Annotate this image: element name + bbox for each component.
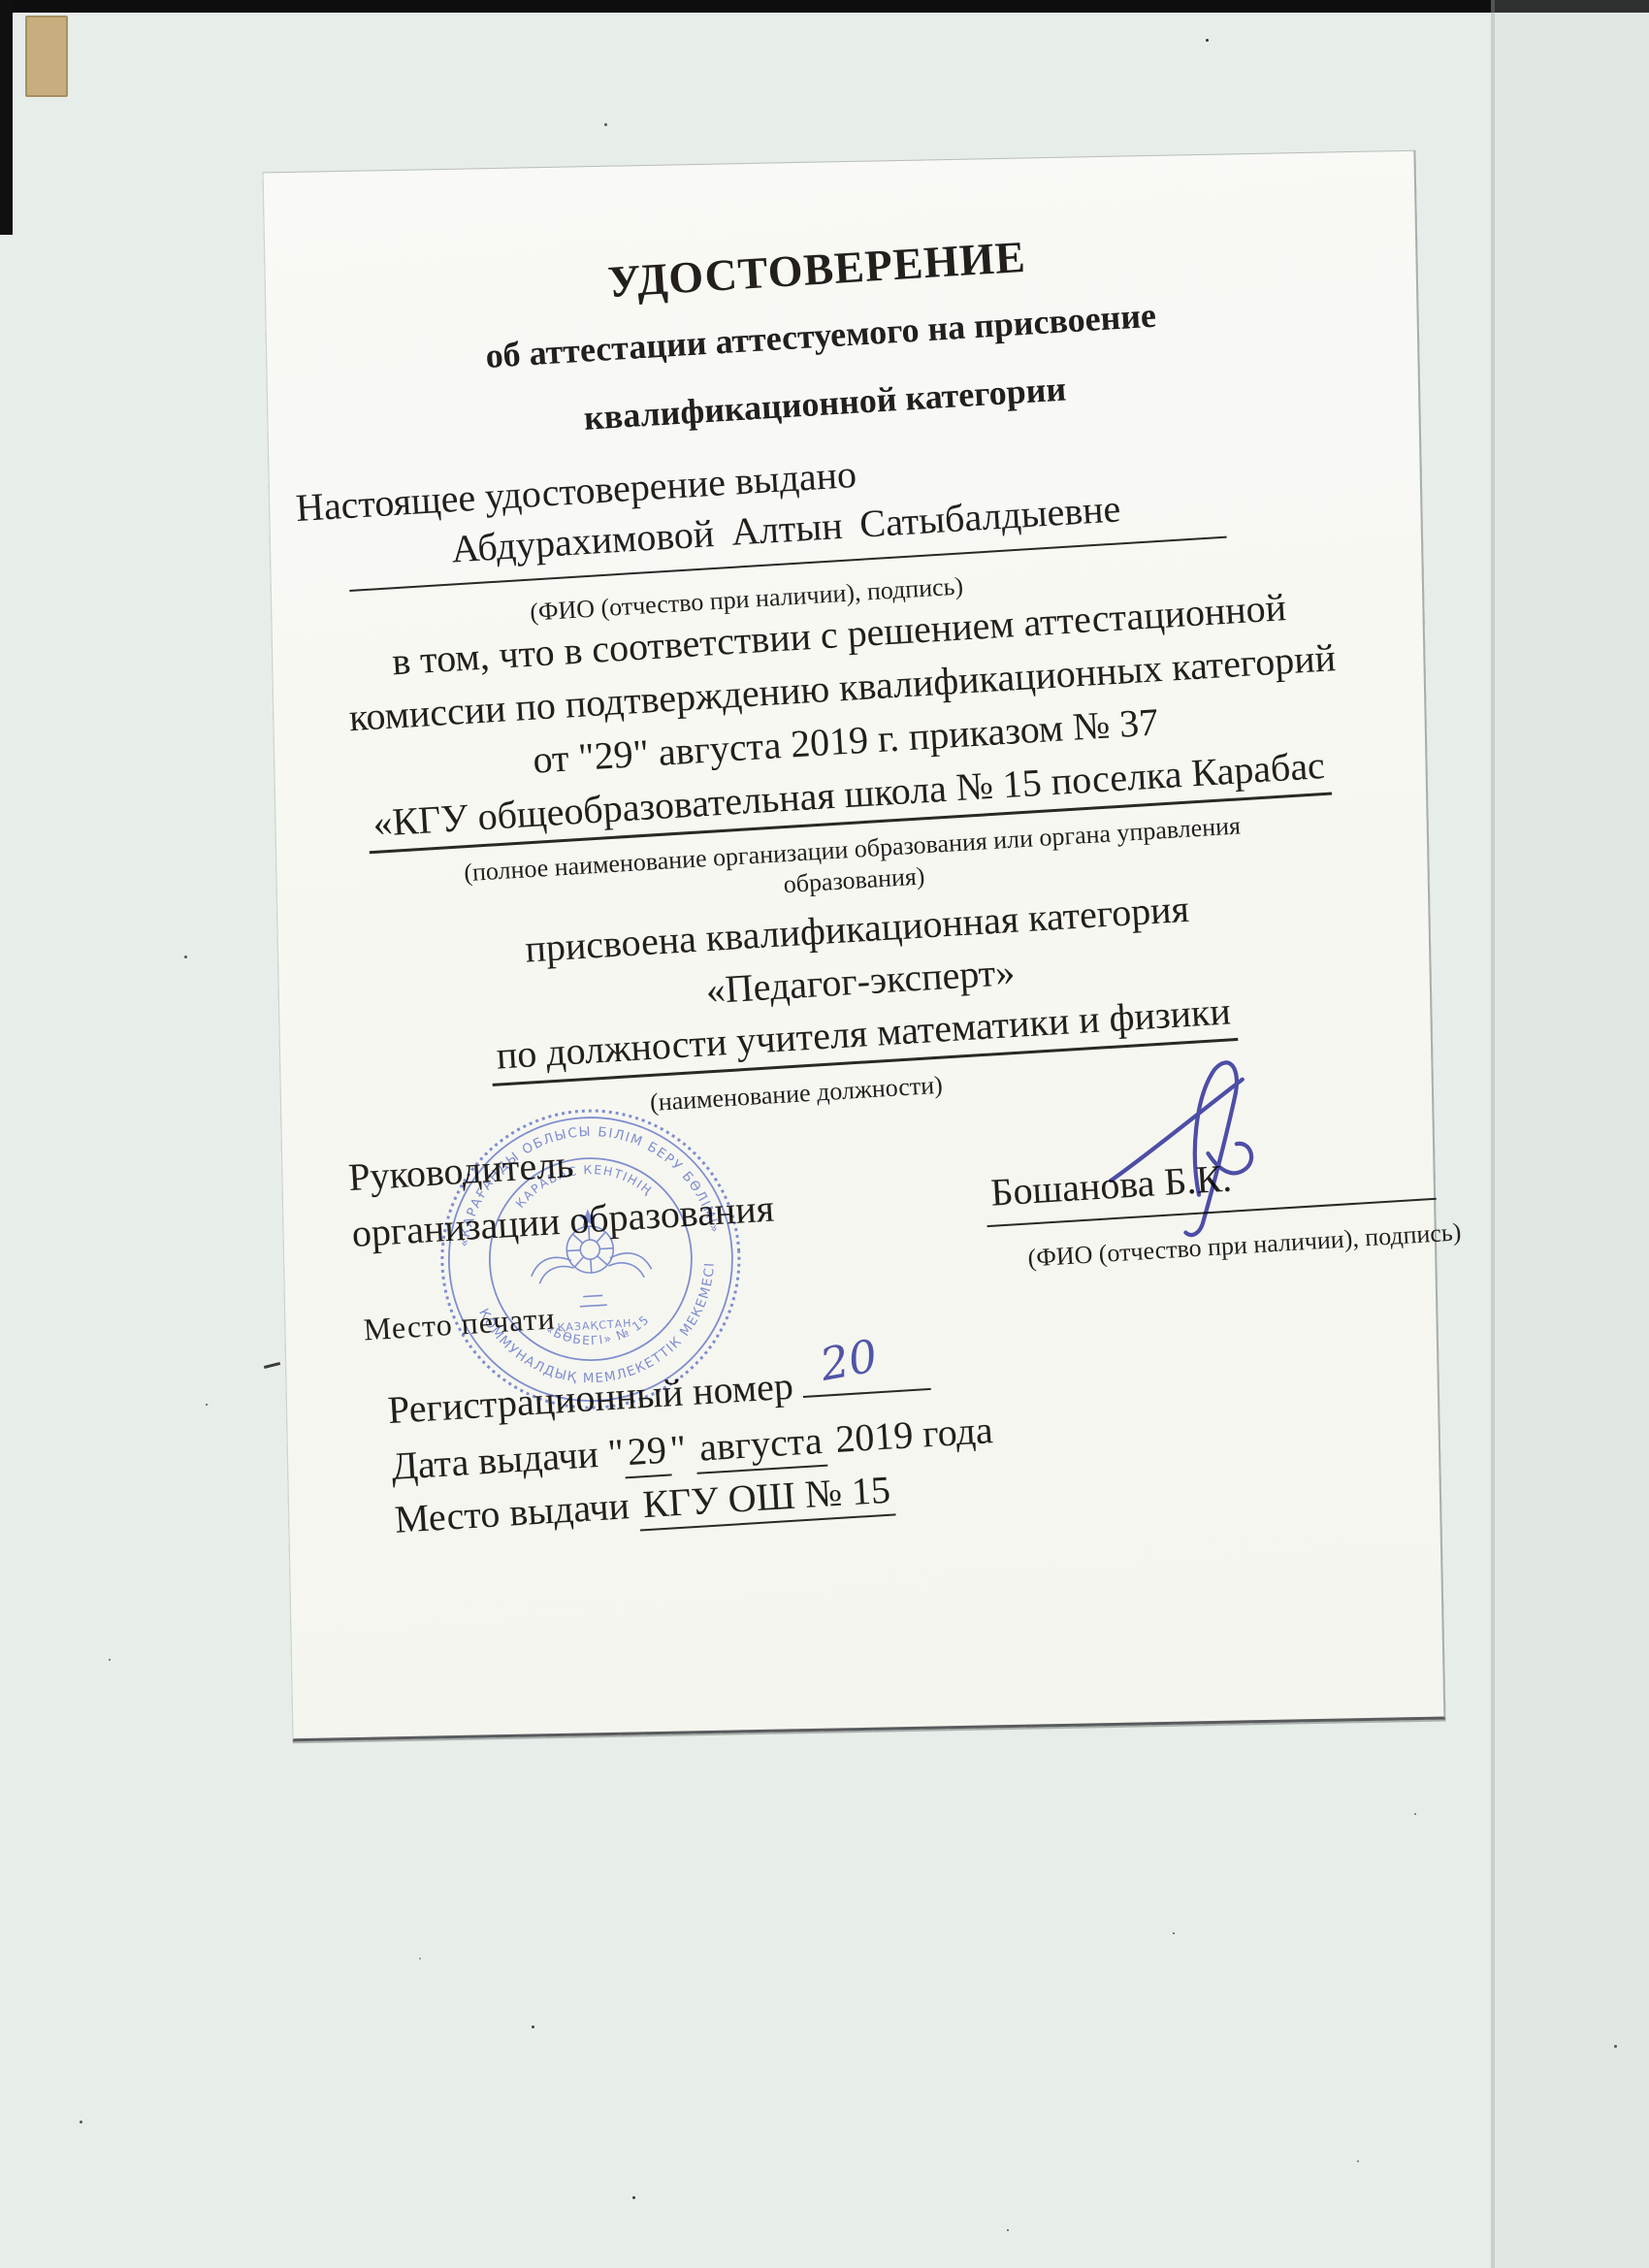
dust-speck xyxy=(1357,2160,1359,2162)
dust-speck xyxy=(604,123,607,126)
kazakhstan-emblem xyxy=(528,1205,654,1309)
signature xyxy=(1096,1053,1286,1247)
dust-speck xyxy=(1007,2229,1009,2231)
dust-speck xyxy=(532,2025,534,2028)
dust-speck xyxy=(1173,1932,1175,1934)
dust-speck xyxy=(80,2121,82,2123)
issue-date-day: 29 xyxy=(623,1427,672,1478)
dust-speck xyxy=(184,956,187,958)
scanner-edge-strip-top xyxy=(0,0,1649,13)
issue-place-value: КГУ ОШ № 15 xyxy=(637,1467,895,1531)
issue-date-month: августа xyxy=(695,1418,827,1474)
registration-number-blank: 20 xyxy=(803,1378,931,1398)
stamp-outer-top-text: «ҚАРАҒАНДЫ ОБЛЫСЫ БІЛІМ БЕРУ БӨЛІМІ» xyxy=(449,1117,723,1251)
scanner-edge-strip-left xyxy=(0,0,13,235)
paper-sheet: УДОСТОВЕРЕНИЕ об аттестации аттестуемого… xyxy=(263,150,1446,1742)
scanned-certificate-page: { "document": { "title": "УДОСТОВЕРЕНИЕ"… xyxy=(0,0,1649,2268)
issue-date-label: Дата выдачи xyxy=(390,1432,599,1488)
scan-corner-artifact xyxy=(25,16,68,97)
dust-speck xyxy=(206,1404,208,1406)
pen-dash-artifact xyxy=(264,1362,280,1369)
stamp-inner-top-text: КАРАБАС КЕНТІНІҢ xyxy=(510,1158,656,1212)
dust-speck xyxy=(1414,1813,1416,1815)
dust-speck xyxy=(1206,39,1209,42)
dust-speck xyxy=(1614,2045,1617,2048)
scanner-right-shading xyxy=(1495,0,1649,2268)
dust-speck xyxy=(632,2196,635,2199)
issue-date-year: 2019 года xyxy=(834,1408,994,1461)
dust-speck xyxy=(419,1958,421,1960)
dust-speck xyxy=(109,1659,111,1661)
svg-text:«ҚАРАҒАНДЫ ОБЛЫСЫ БІЛІМ БЕРУ Б: «ҚАРАҒАНДЫ ОБЛЫСЫ БІЛІМ БЕРУ БӨЛІМІ» xyxy=(449,1117,723,1251)
svg-text:КАРАБАС КЕНТІНІҢ: КАРАБАС КЕНТІНІҢ xyxy=(510,1158,656,1212)
certificate-content: УДОСТОВЕРЕНИЕ об аттестации аттестуемого… xyxy=(228,128,1471,1761)
quote-close: " xyxy=(668,1427,687,1472)
issue-place-label: Место выдачи xyxy=(394,1483,631,1541)
registration-number-handwritten: 20 xyxy=(817,1330,882,1391)
official-seal-stamp: «ҚАРАҒАНДЫ ОБЛЫСЫ БІЛІМ БЕРУ БӨЛІМІ» КОМ… xyxy=(426,1095,755,1424)
